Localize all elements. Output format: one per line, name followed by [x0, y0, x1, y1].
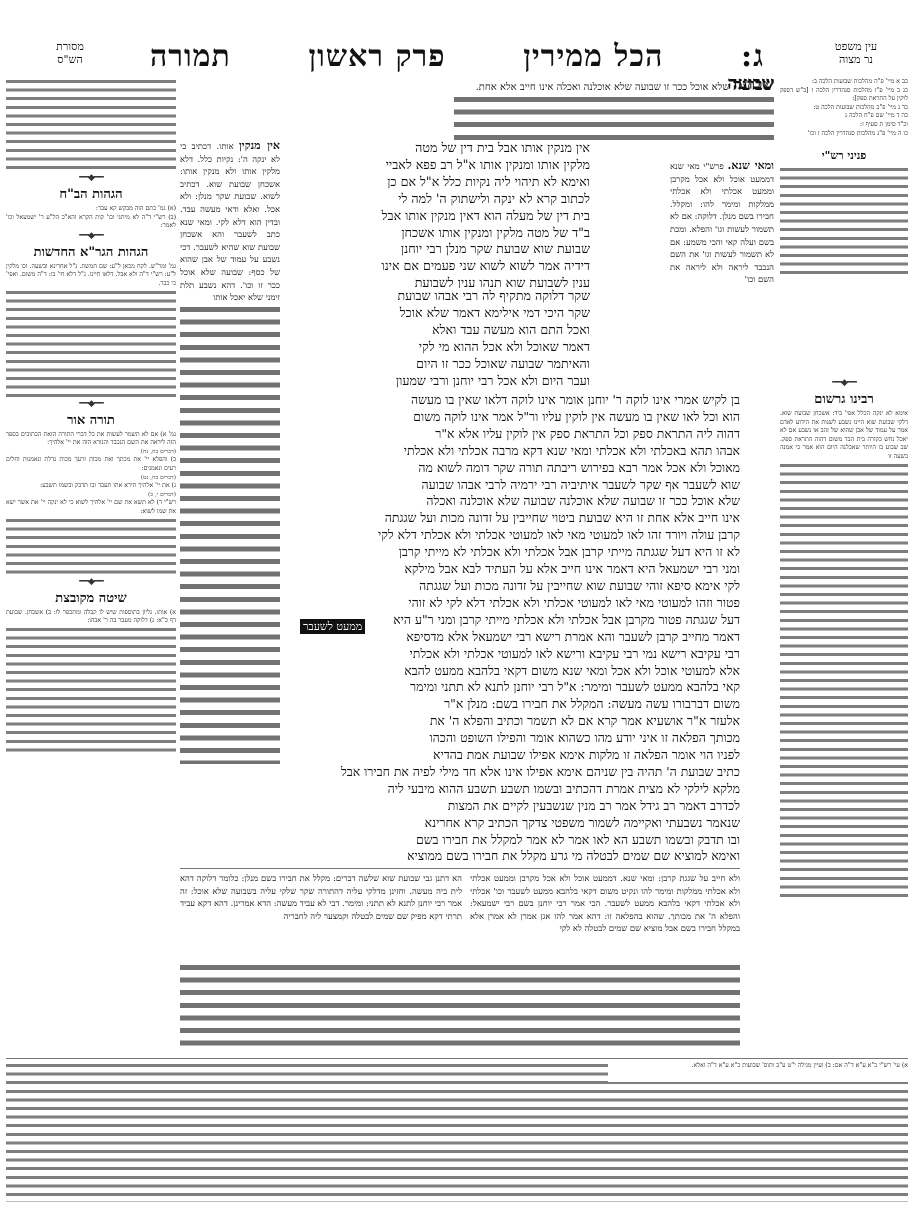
- gemara-line: לכתוב קרא לא ינקה ולישתוק ה' למה לי: [284, 191, 590, 208]
- gemara-line: אין מנקין אותו אבל בית דין של מטה: [284, 140, 590, 157]
- rashi-dibur-hamatchil: ומאי שנא.: [728, 160, 774, 172]
- masoret-label: מסורת: [40, 40, 100, 53]
- mishnah-opening-text: שלא אוכל ככר זו שבועה שלא אוכלנה ואכלה א…: [476, 82, 730, 93]
- gemara-line: ואכל התם הוא מעשה עבד ואלא: [284, 322, 590, 339]
- rashi-text: פרש"י מאי שנא דממעט אוכל ולא אכל מקרבן ו…: [670, 161, 774, 284]
- gemara-line: שקר דלוקה מתקיף לה רבי אבהו שבועת: [284, 288, 590, 305]
- rabbenu-gershom-title: רבינו גרשום: [780, 392, 908, 408]
- masoret-column: ━━◆━━ הגהות הב"ח (א) גמ' כתם הוה מבקש קא…: [6, 78, 176, 928]
- gemara-line: משום דברבורו עשה מעשה: המקלל את חבירו בש…: [284, 696, 740, 713]
- gemara-line: לכדרב דאמר רב גידל אמר רב מנין שנשבעין ל…: [284, 798, 740, 815]
- gemara-line: מלקא לילקי לא מצית אמרת דהכתיב ובשמו תשב…: [284, 781, 740, 798]
- gemara-line: דהוה ליה התראת ספק וכל התראת ספק אין לוק…: [284, 426, 740, 443]
- gemara-line: פטור וזהו למעוטי מאי לאו למעוטי אכלתי ול…: [284, 595, 740, 612]
- shitah-mekubetzet-continued: [6, 626, 176, 756]
- rashi-bottom: ולא חייב על שגגת קרבן: ומאי שנא. דממעט א…: [470, 872, 740, 962]
- gemara-block-upper: שקר דלוקה מתקיף לה רבי אבהו שבועת שקר הי…: [284, 288, 590, 406]
- ein-mishpat-entry: כו ה מיי' פ"ג מהלכות סנהדרין הלכה ז וכו': [780, 130, 908, 139]
- tosafot-text: אותו. דכתיב כי לא ינקה ה': נקיות כלל. דל…: [180, 141, 280, 302]
- torah-or-title: תורה אור: [6, 413, 176, 429]
- shitah-mekubetzet-text: א) אותו. גליון בתוספות שיש לו קבלה ומתכפ…: [6, 609, 176, 626]
- gemara-line: דידיה אמר לשוא לשוא שני פעמים אם אינו: [284, 258, 590, 275]
- torah-or-source: (דברים כח, נט): [6, 474, 176, 483]
- masoret-heading: מסורת הש"ס: [40, 40, 100, 66]
- ein-mishpat-heading: עין משפט נר מצוה: [820, 40, 892, 66]
- footer-footnotes: א) עי' רש"י כ"א ע"א ד"ה אם: ב) ועיין מגי…: [608, 1062, 908, 1082]
- ornament-divider: ━━◆━━: [780, 378, 908, 388]
- gemara-line: אלעזר א"ר אושעיא אמר קרא אם לא תשמר וכתי…: [284, 713, 740, 730]
- rabbenu-gershom-text: אימא לא ינקה הכלל אפי' ביד: אשכחן שבועת …: [780, 410, 908, 462]
- torah-or-source: (דברים כח, נח): [6, 448, 176, 457]
- commentary-bottom-block: [180, 962, 740, 1052]
- gemara-line: ובו תדבק ובשמו תשבע הא לאו אמר לא אמר למ…: [284, 832, 740, 849]
- gemara-line: בית דין של מעלה הוא דאין מנקין אותו אבל: [284, 208, 590, 225]
- gemara-line: רבי עקיבא רישא נמי רבי עקיבא ורישא לאו ל…: [284, 646, 740, 663]
- tosafot-bottom-text: הא דתנן גבי שבועת שוא שלשה דברים: מקלל א…: [180, 873, 462, 921]
- gemara-line-with-highlight: קאי בלהבא ממעט לשעבר ומימר: א"ל רבי יוחנ…: [284, 679, 740, 696]
- gemara-line: דאמר שאוכל ולא אכל ההוא מי לקי: [284, 339, 590, 356]
- ein-mishpat-column: כב א מיי' פ"ה מהלכות שבועות הלכה ב: כג ב…: [780, 78, 908, 348]
- ein-mishpat-entry: כב א מיי' פ"ה מהלכות שבועות הלכה ב:: [780, 78, 908, 87]
- gemara-line: ועבר היום ולא אכל רבי יוחנן ורבי שמעון: [284, 373, 590, 390]
- hagahot-gra-text-continued: [6, 289, 176, 399]
- mishnah-opening-continued: [454, 94, 774, 146]
- gemara-line: ואימא לא תיהוי ליה נקיות כלל א"ל אם כן: [284, 174, 590, 191]
- tosafot-dibur-hamatchil: אין מנקין: [239, 140, 280, 152]
- talmud-page: עין משפט נר מצוה מסורת הש"ס ג: הכל ממירי…: [0, 0, 914, 1213]
- rashi-bottom-text: ולא חייב על שגגת קרבן: ומאי שנא. דממעט א…: [470, 873, 740, 933]
- gemara-line: ומני רבי ישמעאל היא דאמר אינו חייב אלא ע…: [284, 561, 740, 578]
- gemara-line: שבועת שוא שבועת שקר מנלן רבי יוחנן: [284, 241, 590, 258]
- ornament-divider: ━━◆━━: [6, 399, 176, 409]
- torah-or-verse: גמ' א) אם לא תשמר לעשות את כל דברי התורה…: [6, 431, 176, 448]
- perek-label: פרק ראשון: [308, 39, 445, 74]
- rashi-text-column: ומאי שנא. פרש"י מאי שנא דממעט אוכל ולא א…: [670, 160, 774, 400]
- gemara-line: לפניו הוי אומר הפלאה זו מלקות אימא אפילו…: [284, 747, 740, 764]
- mishnah-opening-word: שבועה: [733, 78, 774, 94]
- chapter-name: הכל ממירין: [523, 39, 663, 74]
- ornament-divider: ━━◆━━: [6, 577, 176, 587]
- ein-mishpat-entry: כד ג מיי' פ"ב מהלכות שבועות הלכה ט:: [780, 104, 908, 113]
- ner-mitzvah-label: נר מצוה: [820, 53, 892, 66]
- hagahot-gra-text: גמ' ומר"ש. לקח מכאן ל"ע: שם חמשת. נ"ל אח…: [6, 263, 176, 289]
- gemara-line: קאי בלהבא ממעט לשעבר ומימר: א"ל רבי יוחנ…: [410, 679, 740, 694]
- ein-mishpat-entry: כג ב מיי' פ"ז מהלכות סנהדרין הלכה ז [ב"ש…: [780, 87, 908, 104]
- gemara-line: אינו חייב אלא אחת זו היא שבועת ביטוי שחי…: [284, 510, 740, 527]
- gemara-line: כתיב שבועת ה' תהיה בין שניהם אימא אפילו …: [284, 764, 740, 781]
- gemara-line: שוא לשעבר אף שקר לשעבר איתיביה רבי ירמיה…: [284, 477, 740, 494]
- ornament-divider: ━━◆━━: [6, 173, 176, 183]
- gemara-line: לא זו היא דעל שגגתה מייתי קרבן אבל אכלתי…: [284, 544, 740, 561]
- rabbenu-gershom-text-continued: [780, 462, 908, 902]
- ornament-divider: ━━◆━━: [6, 231, 176, 241]
- gemara-line: קרבן עולה ויורד זהו לאו למעוטי מאי לאו ל…: [284, 527, 740, 544]
- tosafot-text-continued: [180, 304, 280, 764]
- torah-or-verse: ג) את יי' אלהיך תירא אתו תעבד ובו תדבק ו…: [6, 482, 176, 491]
- bottom-divider: [180, 868, 740, 869]
- gemara-line: הוא וכל לאו שאין בו מעשה אין לוקין עליו …: [284, 409, 740, 426]
- pninei-rashi-text: [780, 166, 908, 276]
- ein-mishpat-entry: כה ד מיי' שם פ"ח הלכה ג: [780, 112, 908, 121]
- gemara-line: בן לקיש אמרי אינו לוקה ר' יוחנן אומר אינ…: [284, 392, 740, 409]
- masoret-hashas-text: [6, 78, 176, 173]
- daf-number: ג:: [741, 39, 764, 74]
- gemara-line: שקר היכי דמי אילימא דאמר שלא אוכל: [284, 305, 590, 322]
- gemara-line: שלא אוכל ככר זו שבועה שלא אוכלנה שבועה ש…: [284, 493, 740, 510]
- gemara-line: מאוכל ולא אכל אמר רבא בפירוש ריבתה תורה …: [284, 460, 740, 477]
- gemara-block-top: אין מנקין אותו אבל בית דין של מטה מלקין …: [284, 140, 590, 288]
- tosafot-column: אין מנקין אותו. דכתיב כי לא ינקה ה': נקי…: [180, 140, 280, 780]
- gemara-line: ב"ד של מטה מלקין ומנקין אותו אשכחן: [284, 225, 590, 242]
- page-title: ג: הכל ממירין פרק ראשון תמורה: [150, 38, 764, 74]
- torah-or-verse: ב) והפלא יי' את מכתך ואת מכות זרעך מכות …: [6, 456, 176, 473]
- footer-divider: [6, 1058, 908, 1059]
- gemara-line: לקי אימא סיפא זוהי שבועת שוא שחייבין על …: [284, 578, 740, 595]
- tosafot-bottom: הא דתנן גבי שבועת שוא שלשה דברים: מקלל א…: [180, 872, 462, 962]
- gemara-line: והאיתמר שבועה שאוכל ככר זו היום: [284, 356, 590, 373]
- tractate-name: תמורה: [150, 39, 231, 74]
- hagahot-bach-entry: (א) גמ' כתם הוה מבקש קא עבר:: [6, 205, 176, 214]
- gemara-line: אלא למעוטי אוכל ולא אכל ומאי שנא משום דק…: [284, 663, 740, 680]
- highlighted-phrase[interactable]: ממעט לשעבר: [300, 619, 365, 634]
- gemara-line: ואימא למוציא שם שמים לבטלה מי גרע מקלל א…: [284, 848, 740, 862]
- hagahot-bach-entry: (ב) רש"י ד"ה לא מיתני וכו' קות הקרא והא"…: [6, 214, 176, 231]
- gemara-line: מלקין אותו ומנקין אותו א"ל רב פפא לאביי: [284, 157, 590, 174]
- ein-mishpat-entry: וכ"ד סימן ת סעיף ו:: [780, 121, 908, 130]
- shitah-mekubetzet-title: שיטה מקובצת: [6, 591, 176, 607]
- torah-or-verse: רש"י ד) לא תשא את שם יי' אלהיך לשוא כי ל…: [6, 499, 176, 516]
- ein-mishpat-label: עין משפט: [820, 40, 892, 53]
- hagahot-bach-title: הגהות הב"ח: [6, 187, 176, 203]
- torah-or-source: (דברים י, כ): [6, 491, 176, 500]
- gemara-line: אבהו תהא באכלתי ולא אכלתי ומאי שנא דקא מ…: [284, 443, 740, 460]
- gemara-line: ענין לשבועת שוא תנהו ענין לשבועת: [284, 275, 590, 288]
- hashas-label: הש"ס: [40, 53, 100, 66]
- pninei-rashi-title: פניני רש"י: [780, 148, 908, 164]
- gemara-line: שנאמר נשבעתי ואקיימה לשמור משפטי צדקך הכ…: [284, 815, 740, 832]
- footer-notes-block: [6, 1062, 908, 1202]
- torah-or-text-continued: [6, 517, 176, 577]
- rabbenu-gershom-column: ━━◆━━ רבינו גרשום אימא לא ינקה הכלל אפי'…: [780, 378, 908, 928]
- footnotes-text: א) עי' רש"י כ"א ע"א ד"ה אם: ב) ועיין מגי…: [692, 1062, 908, 1069]
- hagahot-gra-title: הגהות הגר"א החדשות: [6, 245, 176, 261]
- gemara-line: מכותך הפלאה זו איני יודע מהו כשהוא אומר …: [284, 730, 740, 747]
